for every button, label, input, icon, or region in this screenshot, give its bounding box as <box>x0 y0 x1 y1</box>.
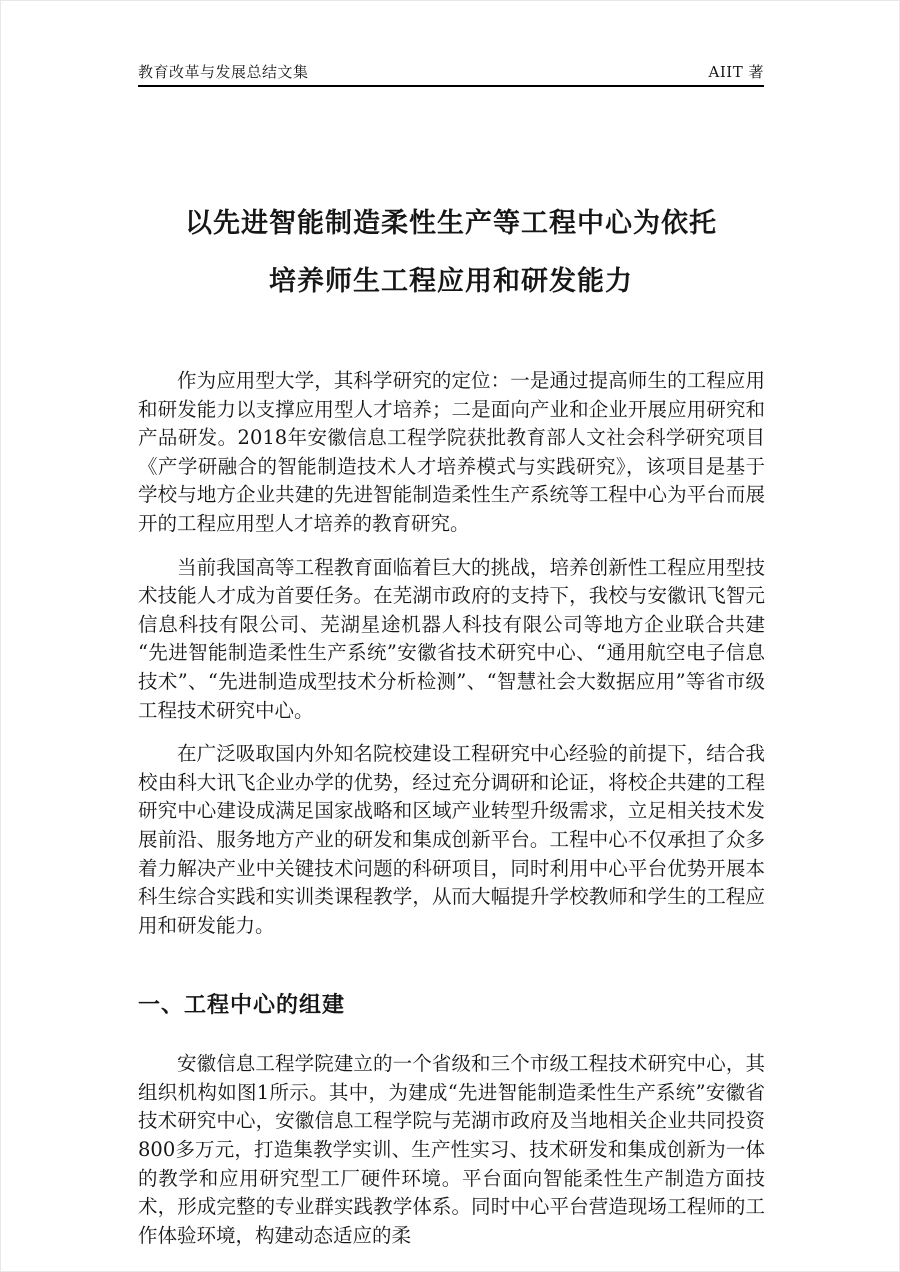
article-body: 作为应用型大学，其科学研究的定位：一是通过提高师生的工程应用和研发能力以支撑应用… <box>138 367 765 1265</box>
document-page: 教育改革与发展总结文集 AIIT 著 以先进智能制造柔性生产等工程中心为依托 培… <box>0 0 900 1272</box>
intro-paragraph: 当前我国高等工程教育面临着巨大的挑战，培养创新性工程应用型技术技能人才成为首要任… <box>138 554 765 726</box>
article-title: 以先进智能制造柔性生产等工程中心为依托 培养师生工程应用和研发能力 <box>1 208 900 298</box>
article-title-line-2: 培养师生工程应用和研发能力 <box>1 266 900 298</box>
running-header: 教育改革与发展总结文集 AIIT 著 <box>138 63 764 87</box>
header-book-title: 教育改革与发展总结文集 <box>138 63 309 82</box>
intro-paragraph: 作为应用型大学，其科学研究的定位：一是通过提高师生的工程应用和研发能力以支撑应用… <box>138 367 765 539</box>
article-title-line-1: 以先进智能制造柔性生产等工程中心为依托 <box>1 208 900 240</box>
section-heading-1: 一、工程中心的组建 <box>138 990 765 1022</box>
header-author: AIIT 著 <box>709 63 764 82</box>
section-paragraph: 安徽信息工程学院建立的一个省级和三个市级工程技术研究中心，其组织机构如图1所示。… <box>138 1050 765 1250</box>
intro-paragraph: 在广泛吸取国内外知名院校建设工程研究中心经验的前提下，结合我校由科大讯飞企业办学… <box>138 740 765 940</box>
